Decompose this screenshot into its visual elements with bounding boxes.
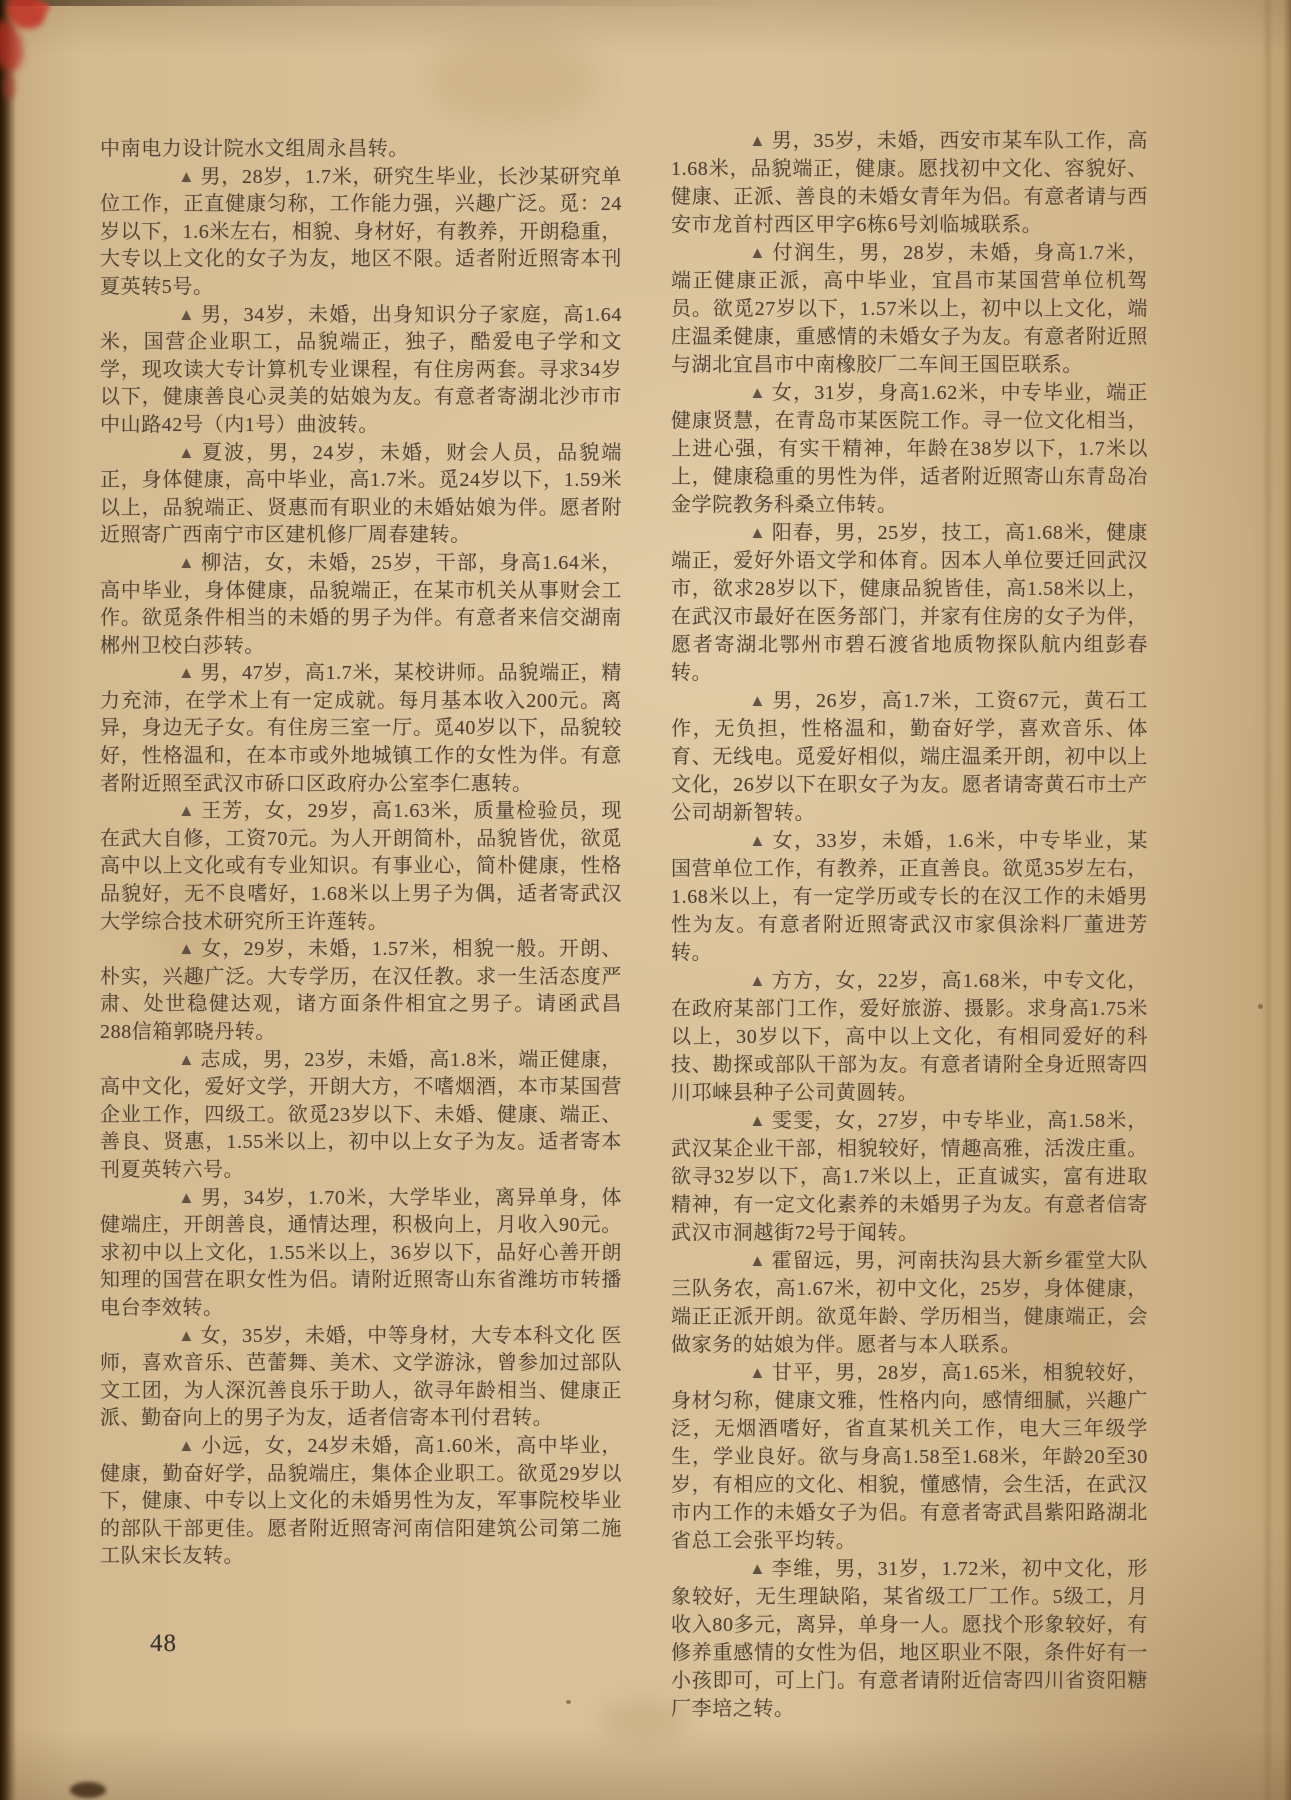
triangle-marker-icon: ▲	[145, 304, 195, 327]
left-column: 中南电力设计院水文组周永昌转。 ▲男，28岁，1.7米，研究生毕业，长沙某研究单…	[100, 136, 622, 1571]
page-number: 48	[150, 1630, 177, 1658]
ad-entry: ▲阳春，男，25岁，技工，高1.68米，健康端正，爱好外语文学和体育。因本人单位…	[671, 519, 1148, 687]
triangle-marker-icon: ▲	[716, 970, 766, 993]
paper-speck	[1258, 1004, 1263, 1009]
ad-text: 李维，男，31岁，1.72米，初中文化，形象较好，无生理缺陷，某省级工厂工作。5…	[671, 1558, 1148, 1720]
triangle-marker-icon: ▲	[716, 830, 766, 853]
paper-speck	[566, 1700, 571, 1704]
ad-entry: ▲雯雯，女，27岁，中专毕业，高1.58米，武汉某企业干部，相貌较好，情趣高雅，…	[671, 1107, 1148, 1247]
ad-entry: ▲小远，女，24岁未婚，高1.60米，高中毕业，健康，勤奋好学，品貌端庄，集体企…	[100, 1433, 622, 1571]
ad-entry: ▲男，34岁，未婚，出身知识分子家庭，高1.64米，国营企业职工，品貌端正，独子…	[100, 302, 622, 440]
paper-stain	[430, 34, 600, 124]
ad-entry: ▲柳洁，女，未婚，25岁，干部，身高1.64米，高中毕业，身体健康，品貌端正，在…	[100, 550, 622, 660]
red-ink-stain	[34, 2, 50, 13]
continuation-line: 中南电力设计院水文组周永昌转。	[100, 136, 622, 164]
triangle-marker-icon: ▲	[716, 690, 766, 713]
magazine-page: 中南电力设计院水文组周永昌转。 ▲男，28岁，1.7米，研究生毕业，长沙某研究单…	[0, 0, 1291, 1800]
ad-entry: ▲霍留远，男，河南扶沟县大新乡霍堂大队三队务农，高1.67米，初中文化，25岁，…	[671, 1247, 1148, 1359]
paper-stain	[70, 1782, 106, 1798]
ad-entry: ▲方方，女，22岁，高1.68米，中专文化，在政府某部门工作，爱好旅游、摄影。求…	[671, 967, 1148, 1107]
triangle-marker-icon: ▲	[716, 1558, 766, 1581]
triangle-marker-icon: ▲	[716, 242, 766, 265]
ad-entry: ▲男，47岁，高1.7米，某校讲师。品貌端正，精力充沛，在学术上有一定成就。每月…	[100, 660, 622, 798]
ad-entry: ▲女，35岁，未婚，中等身材，大专本科文化 医师，喜欢音乐、芭蕾舞、美术、文学游…	[100, 1323, 622, 1433]
ad-entry: ▲男，35岁，未婚，西安市某车队工作，高1.68米，品貌端正，健康。愿找初中文化…	[671, 127, 1148, 239]
triangle-marker-icon: ▲	[145, 552, 195, 575]
triangle-marker-icon: ▲	[145, 939, 195, 962]
triangle-marker-icon: ▲	[145, 1049, 195, 1072]
triangle-marker-icon: ▲	[145, 801, 195, 824]
ad-entry: ▲女，29岁，未婚，1.57米，相貌一般。开朗、朴实，兴趣广泛。大专学历，在汉任…	[100, 936, 622, 1046]
ad-entry: ▲夏波，男，24岁，未婚，财会人员，品貌端正，身体健康，高中毕业，高1.7米。觅…	[100, 440, 622, 550]
triangle-marker-icon: ▲	[716, 130, 766, 153]
page-top-edge-shadow	[0, 0, 775, 6]
ad-list-right: ▲男，35岁，未婚，西安市某车队工作，高1.68米，品貌端正，健康。愿找初中文化…	[671, 127, 1148, 1723]
ad-entry: ▲付润生，男，28岁，未婚，身高1.7米，端正健康正派，高中毕业，宜昌市某国营单…	[671, 239, 1148, 379]
triangle-marker-icon: ▲	[716, 1110, 766, 1133]
ad-entry: ▲李维，男，31岁，1.72米，初中文化，形象较好，无生理缺陷，某省级工厂工作。…	[671, 1555, 1148, 1723]
triangle-marker-icon: ▲	[716, 1362, 766, 1385]
triangle-marker-icon: ▲	[716, 1250, 766, 1273]
ad-entry: ▲志成，男，23岁，未婚，高1.8米，端正健康，高中文化，爱好文学，开朗大方，不…	[100, 1047, 622, 1185]
right-column: ▲男，35岁，未婚，西安市某车队工作，高1.68米，品貌端正，健康。愿找初中文化…	[671, 127, 1148, 1723]
paper-crease	[1266, 0, 1270, 1800]
ad-entry: ▲男，34岁，1.70米，大学毕业，离异单身，体健端庄，开朗善良，通情达理，积极…	[100, 1185, 622, 1323]
binding-edge-shadow	[0, 0, 16, 1800]
triangle-marker-icon: ▲	[145, 1435, 195, 1458]
ad-text: 甘平，男，28岁，高1.65米，相貌较好，身材匀称，健康文雅，性格内向，感情细腻…	[671, 1362, 1148, 1552]
triangle-marker-icon: ▲	[145, 1325, 195, 1348]
triangle-marker-icon: ▲	[145, 442, 195, 465]
triangle-marker-icon: ▲	[145, 166, 195, 189]
ad-text: 阳春，男，25岁，技工，高1.68米，健康端正，爱好外语文学和体育。因本人单位要…	[671, 522, 1148, 684]
triangle-marker-icon: ▲	[716, 522, 766, 545]
ad-entry: ▲女，33岁，未婚，1.6米，中专毕业，某国营单位工作，有教养，正直善良。欲觅3…	[671, 827, 1148, 967]
ad-entry: ▲男，26岁，高1.7米，工资67元，黄石工作，无负担，性格温和，勤奋好学，喜欢…	[671, 687, 1148, 827]
page-right-edge-shadow	[1283, 0, 1291, 1800]
triangle-marker-icon: ▲	[145, 663, 195, 686]
triangle-marker-icon: ▲	[145, 1187, 195, 1210]
triangle-marker-icon: ▲	[716, 382, 766, 405]
ad-list-left: ▲男，28岁，1.7米，研究生毕业，长沙某研究单位工作，正直健康匀称，工作能力强…	[100, 164, 622, 1571]
ad-entry: ▲甘平，男，28岁，高1.65米，相貌较好，身材匀称，健康文雅，性格内向，感情细…	[671, 1359, 1148, 1555]
ad-entry: ▲王芳，女，29岁，高1.63米，质量检验员，现在武大自修，工资70元。为人开朗…	[100, 798, 622, 936]
ad-entry: ▲男，28岁，1.7米，研究生毕业，长沙某研究单位工作，正直健康匀称，工作能力强…	[100, 164, 622, 302]
red-ink-stain	[2, 74, 16, 100]
ad-entry: ▲女，31岁，身高1.62米，中专毕业，端正健康贤慧，在青岛市某医院工作。寻一位…	[671, 379, 1148, 519]
